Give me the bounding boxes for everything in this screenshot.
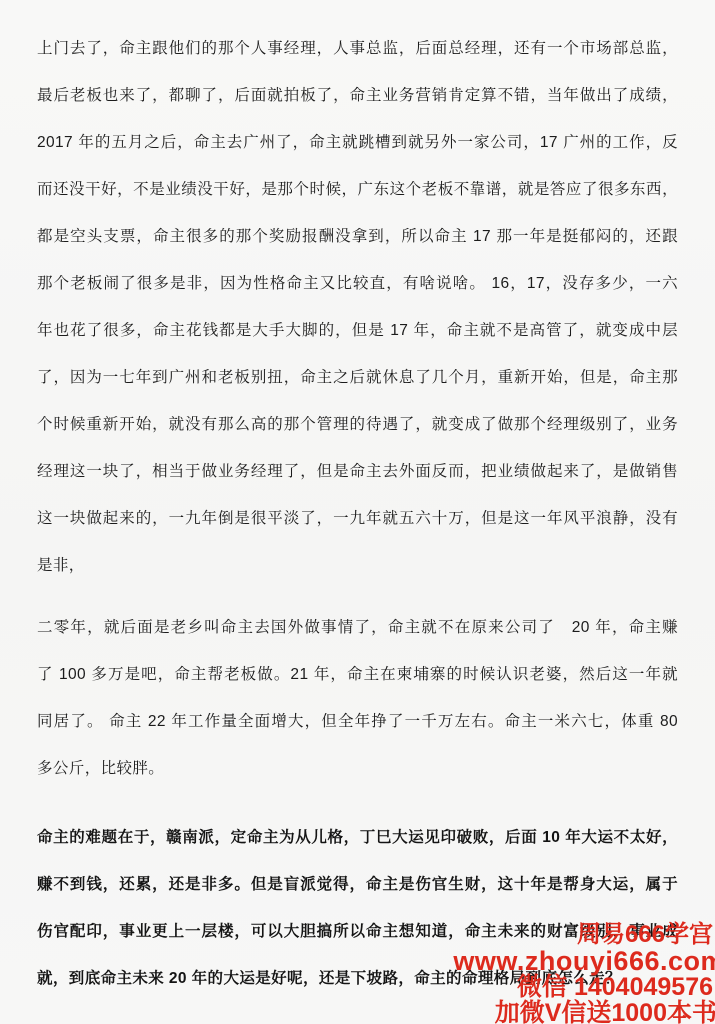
paragraph-line: 赚不到钱，还累，还是非多。但是盲派觉得，命主是伤官生财，这十年是帮身大运，属于 [37, 861, 678, 908]
paragraph-line: 2017 年的五月之后，命主去广州了，命主就跳槽到就另外一家公司，17 广州的工… [37, 119, 678, 166]
paragraph-line: 经理这一块了，相当于做业务经理了，但是命主去外面反而，把业绩做起来了，是做销售 [37, 448, 678, 495]
paragraph-line: 那个老板闹了很多是非，因为性格命主又比较直，有啥说啥。 16，17，没存多少，一… [37, 260, 678, 307]
watermark-line: 周易666学宫 [453, 922, 713, 948]
watermark-line: www.zhouyi666.com [453, 948, 715, 974]
paragraph-line: 同居了。 命主 22 年工作量全面增大，但全年挣了一千万左右。命主一米六七，体重… [37, 698, 678, 745]
paragraph-line: 年也花了很多，命主花钱都是大手大脚的，但是 17 年，命主就不是高管了，就变成中… [37, 307, 678, 354]
watermark-line: 加微V信送1000本书 [453, 1000, 715, 1024]
paragraph-line: 多公斤，比较胖。 [37, 745, 678, 792]
paragraph-line: 个时候重新开始，就没有那么高的那个管理的待遇了，就变成了做那个经理级别了，业务 [37, 401, 678, 448]
paragraph-line: 上门去了，命主跟他们的那个人事经理，人事总监，后面总经理，还有一个市场部总监， [37, 25, 678, 72]
paragraph-line: 了，因为一七年到广州和老板别扭，命主之后就休息了几个月，重新开始，但是，命主那 [37, 354, 678, 401]
paragraph-line: 而还没干好，不是业绩没干好，是那个时候，广东这个老板不靠谱，就是答应了很多东西， [37, 166, 678, 213]
paragraph-line: 最后老板也来了，都聊了，后面就拍板了，命主业务营销肯定算不错，当年做出了成绩， [37, 72, 678, 119]
paragraph-line: 了 100 多万是吧，命主帮老板做。21 年，命主在柬埔寨的时候认识老婆，然后这… [37, 651, 678, 698]
paragraph-line: 都是空头支票，命主很多的那个奖励报酬没拿到，所以命主 17 那一年是挺郁闷的，还… [37, 213, 678, 260]
document-page: 上门去了，命主跟他们的那个人事经理，人事总监，后面总经理，还有一个市场部总监，最… [0, 0, 715, 1024]
paragraph: 二零年，就后面是老乡叫命主去国外做事情了，命主就不在原来公司了 20 年，命主赚… [37, 604, 678, 792]
document-body: 上门去了，命主跟他们的那个人事经理，人事总监，后面总经理，还有一个市场部总监，最… [37, 25, 678, 1002]
paragraph-line: 这一块做起来的，一九年倒是很平淡了，一九年就五六十万，但是这一年风平浪静，没有 [37, 495, 678, 542]
paragraph-line: 是非， [37, 542, 678, 589]
paragraph-line: 二零年，就后面是老乡叫命主去国外做事情了，命主就不在原来公司了 20 年，命主赚 [37, 604, 678, 651]
watermark: 周易666学宫www.zhouyi666.com微信 1404049576加微V… [453, 922, 713, 1024]
watermark-line: 微信 1404049576 [453, 974, 713, 1000]
paragraph: 上门去了，命主跟他们的那个人事经理，人事总监，后面总经理，还有一个市场部总监，最… [37, 25, 678, 589]
paragraph-line: 命主的难题在于，赣南派，定命主为从儿格，丁巳大运见印破败，后面 10 年大运不太… [37, 814, 678, 861]
